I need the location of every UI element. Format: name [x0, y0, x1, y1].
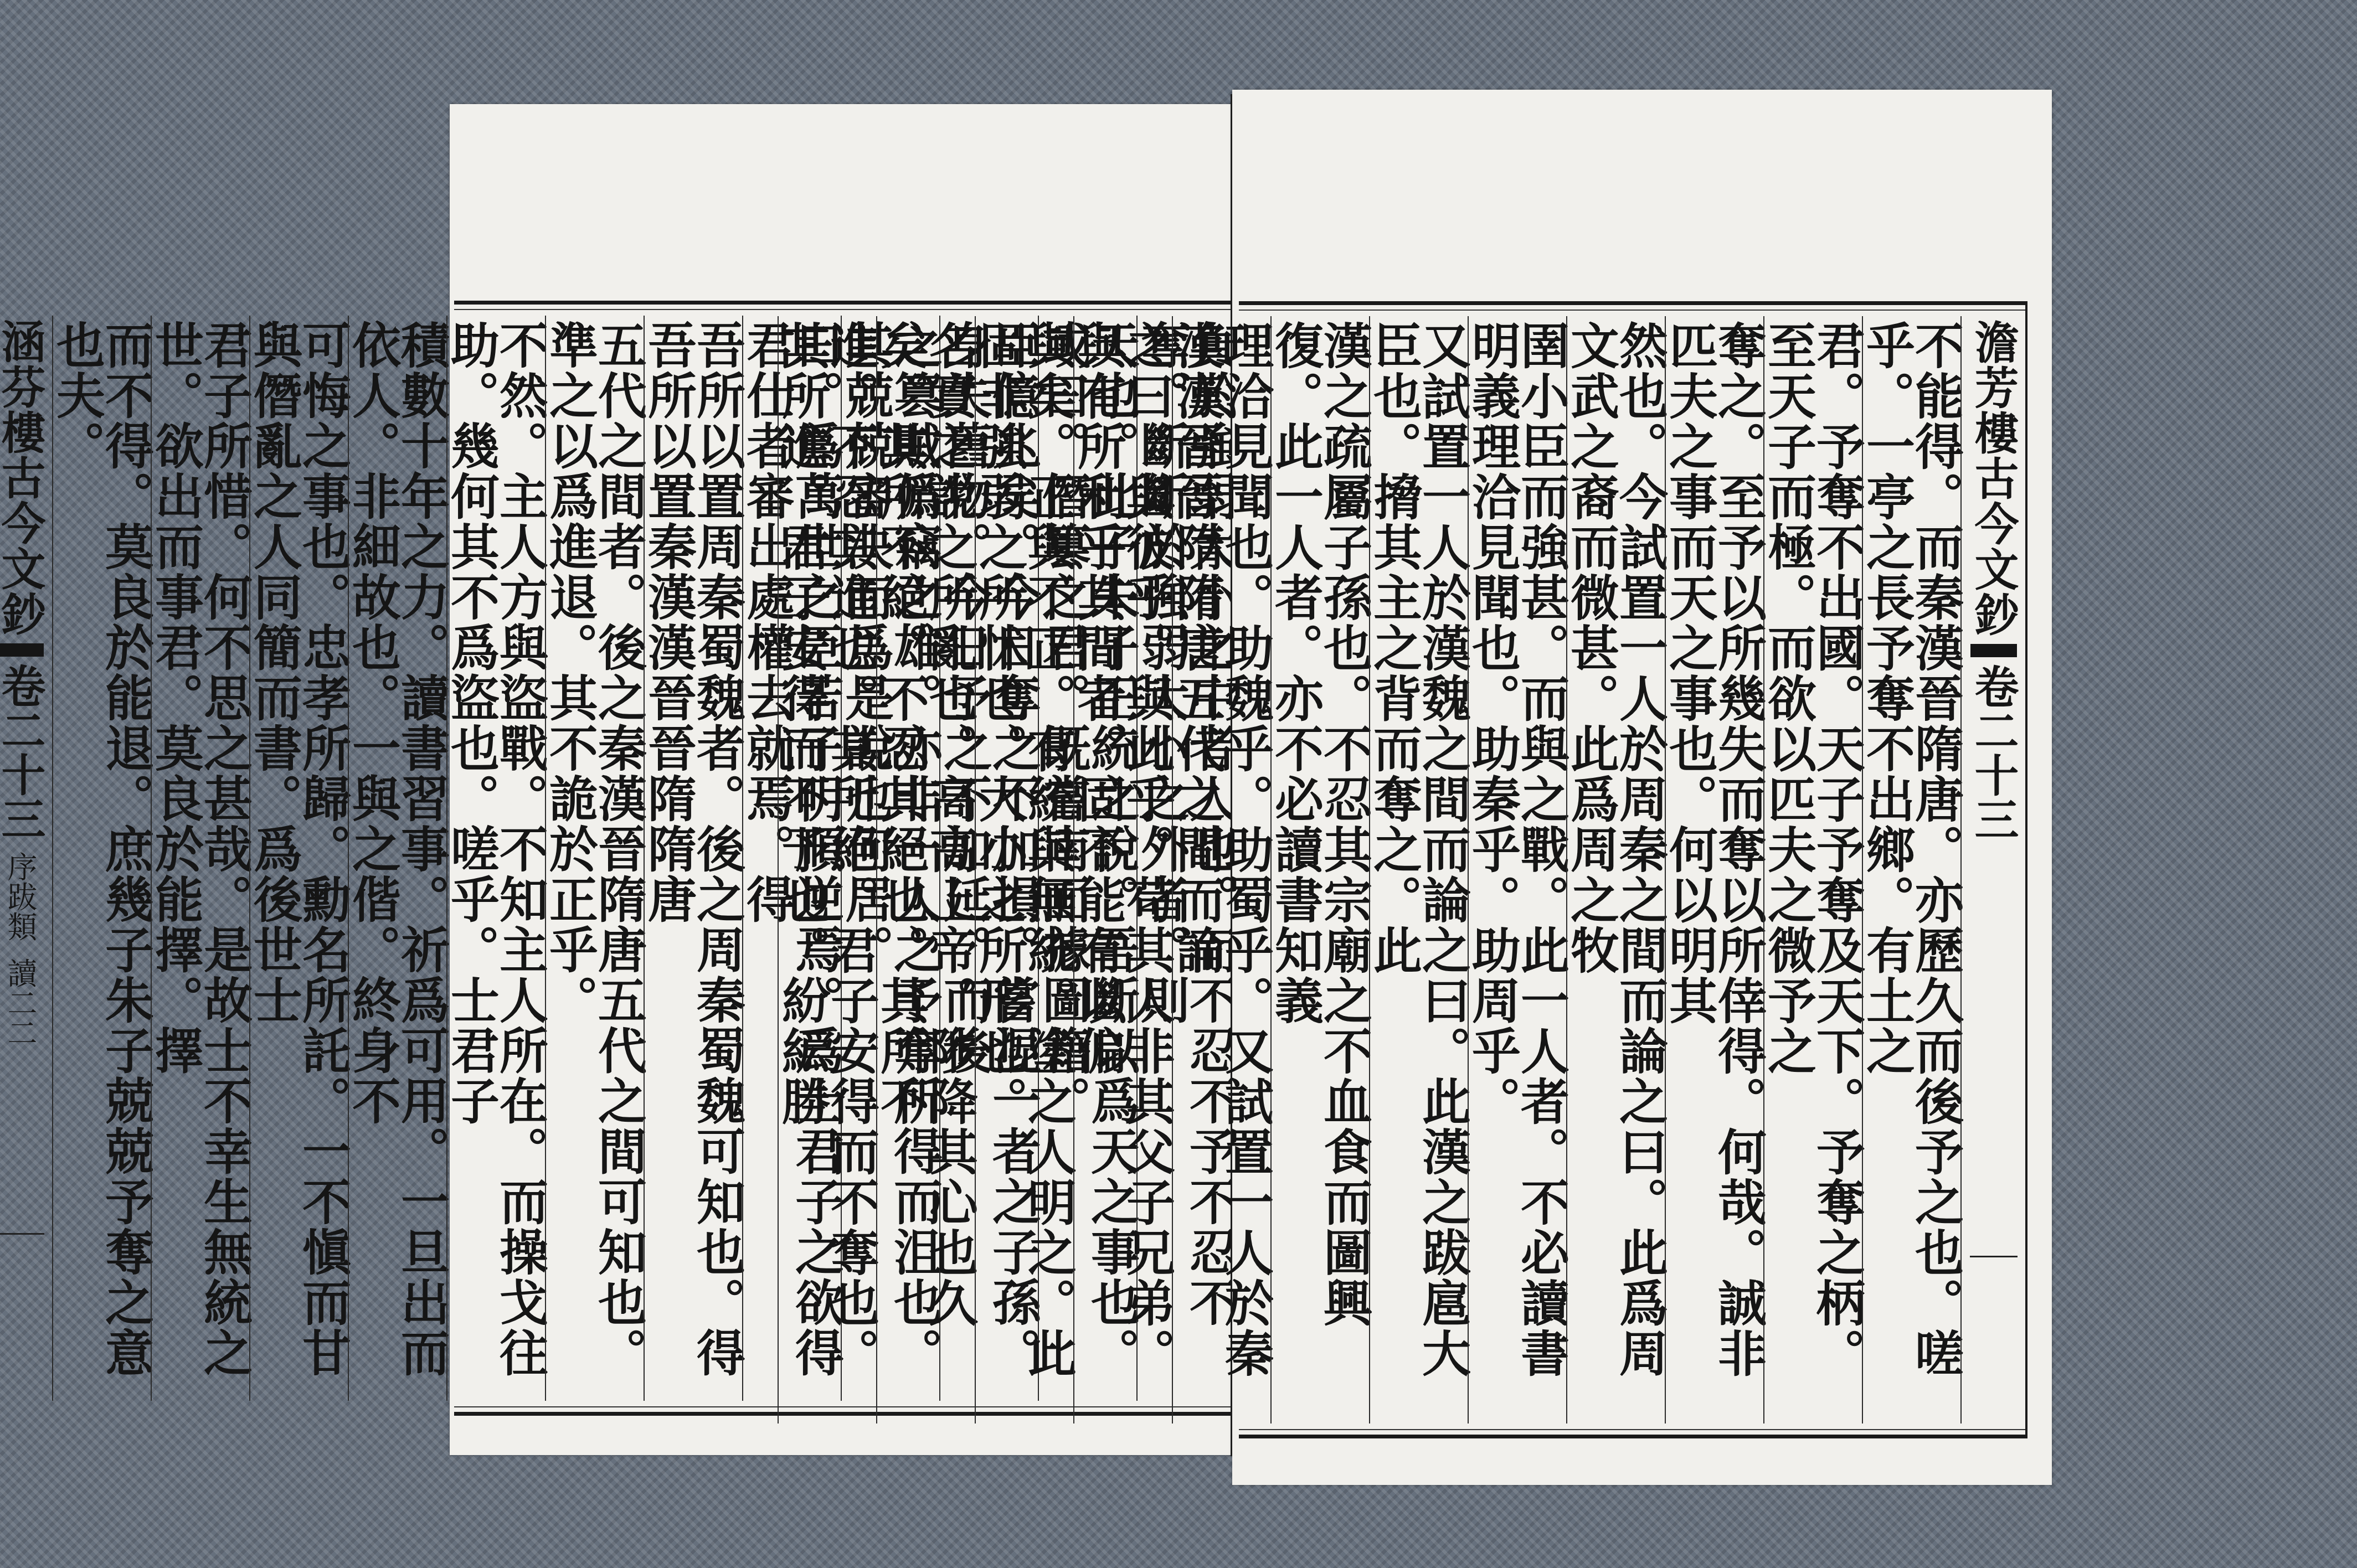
- text-column: 可悔之事也。忠孝所歸。勳名所託。一不愼而甘與僭亂之人同簡而書。爲後世士: [249, 316, 348, 1401]
- header-rule: [0, 1233, 44, 1235]
- text-column: 而不得。莫良於能退。庶幾子朱子兢兢予奪之意也夫。: [52, 316, 151, 1401]
- text-column: 漢之疏屬子孫也。不忍其宗廟之不血食而圖興復。此一人者。亦不必讀書知義: [1270, 316, 1369, 1423]
- text-column: 不能得。而秦漢晉隋唐。亦歷久而後予之也。嗟乎。一亭之長予奪不出鄉。有土之: [1862, 316, 1960, 1423]
- left-page-header: 涵芬樓古今文鈔 卷二十三 序跋類 讀二二: [0, 316, 52, 1401]
- header-rule: [1970, 1256, 2018, 1257]
- volume-label: 卷二十三: [1962, 664, 2025, 841]
- text-column: 君子所惜。何不思之甚哉。是故士不幸生無統之世。欲出而事君。莫良於能擇。擇: [151, 316, 249, 1401]
- text-column: 積數十年之力。讀書習事。祈爲可用。一旦出而依人。非細故也。一與之偕。終身不: [348, 316, 446, 1401]
- text-column: 又試置一人於漢魏之間而論之曰。此漢之跋扈大臣也。搚其主之背而奪之。此: [1369, 316, 1468, 1423]
- page-number: 讀二二: [0, 958, 42, 1048]
- fishtail-mark-icon: [1970, 644, 2017, 657]
- volume-label: 卷二十三: [0, 663, 52, 840]
- book-title: 澹芳樓古今文鈔: [1962, 319, 2025, 637]
- text-column: 君。予奪不出國。天子予奪及天下。予奪之柄。至天子而極。而欲以匹夫之微予之: [1763, 316, 1862, 1423]
- text-column: 然也。今試置一人於周秦之間而論之曰。此爲周文武之裔而微甚。此爲周之牧: [1566, 316, 1665, 1423]
- right-page-columns: 澹芳樓古今文鈔 卷二十三 不能得。而秦漢晉隋唐。亦歷久而後予之也。嗟乎。一亭之長…: [1239, 316, 2025, 1423]
- text-column: 與矣。正與不正。有統與無統。塗之人明之。此固非強弱之所怵也。大小之所形也。: [975, 316, 1073, 1423]
- text-column: 奪之。至予以所幾失而奪以所倖得。何哉。誠非匹夫之事而天之事也。何以明其: [1665, 316, 1763, 1423]
- text-column: 之曰。與彼乎。與此乎。苟其人非其父子兄弟。與有所利乎其間者。固不能有以偏: [1073, 316, 1172, 1423]
- text-column: 理洽見聞也。助魏乎。助蜀乎。又試置一人於秦漢漢晉晉隋隋唐五代之間而論: [1172, 316, 1270, 1423]
- category-label: 序跋類: [0, 852, 42, 941]
- text-column: 不然。主人方與盜戰。不知主人所在。而操戈往助。幾何其不爲盜也。嗟乎。士君子: [446, 316, 545, 1401]
- right-page-header: 澹芳樓古今文鈔 卷二十三: [1960, 316, 2025, 1423]
- text-column: 名實之說之所亂也。高高上帝。陟降其心也久矣。其所不絕。不忍其絕也。其所不: [876, 316, 975, 1423]
- text-column: 進。不忍其進也。其所絕。君子安得而不奪也。其所進。君子安得而不予也。紛紜勝: [778, 316, 876, 1423]
- right-page: 澹芳樓古今文鈔 卷二十三 不能得。而秦漢晉隋唐。亦歷久而後予之也。嗟乎。一亭之長…: [1232, 90, 2052, 1485]
- text-column: 吾所以置周秦蜀魏者。後之周秦蜀魏可知也。得吾所以置秦漢漢晉晉隋隋唐: [644, 316, 742, 1401]
- right-page-frame: 澹芳樓古今文鈔 卷二十三 不能得。而秦漢晉隋唐。亦歷久而後予之也。嗟乎。一亭之長…: [1239, 301, 2027, 1438]
- fishtail-mark-icon: [0, 643, 44, 657]
- text-column: 五代之間者。後之秦漢晉隋唐五代之間可知也。準之以爲進退。其不詭於正乎。: [545, 316, 644, 1401]
- text-column: 圉小臣而強甚。而與之戰。此一人者。不必讀書明義理洽見聞也。助秦乎。助周乎。: [1468, 316, 1566, 1423]
- book-title: 涵芬樓古今文鈔: [0, 319, 52, 637]
